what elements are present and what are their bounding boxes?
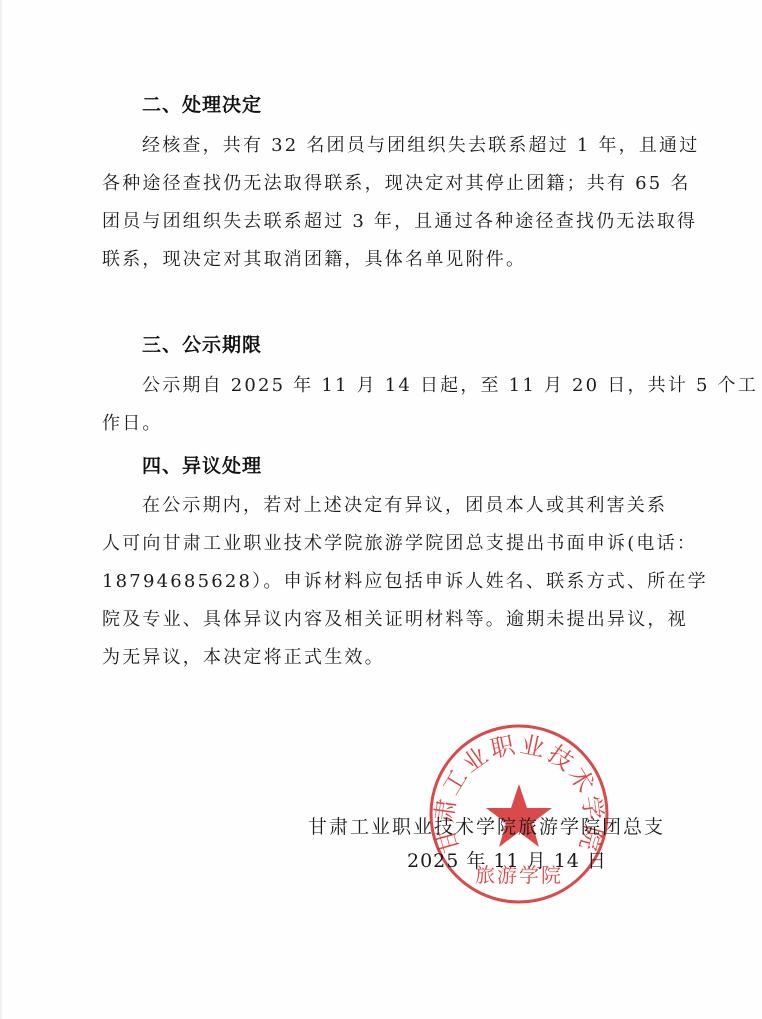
paragraph-line: 联系，现决定对其取消团籍，具体名单见附件。 bbox=[102, 241, 694, 279]
document-page: 二、处理决定 经核查，共有 32 名团员与团组织失去联系超过 1 年，且通过 各… bbox=[0, 0, 762, 1019]
paragraph-line: 在公示期内，若对上述决定有异议，团员本人或其利害关系 bbox=[102, 487, 694, 525]
paragraph-line: 公示期自 2025 年 11 月 14 日起，至 11 月 20 日，共计 5 … bbox=[102, 367, 694, 405]
section-body-objection: 在公示期内，若对上述决定有异议，团员本人或其利害关系 人可向甘肃工业职业技术学院… bbox=[102, 487, 694, 677]
issue-date: 2025 年 11 月 14 日 bbox=[407, 846, 607, 873]
section-body-period: 公示期自 2025 年 11 月 14 日起，至 11 月 20 日，共计 5 … bbox=[102, 367, 694, 443]
paragraph-line: 作日。 bbox=[102, 405, 694, 443]
paragraph-line: 18794685628）。申诉材料应包括申诉人姓名、联系方式、所在学 bbox=[102, 563, 694, 601]
paragraph-line: 院及专业、具体异议内容及相关证明材料等。逾期未提出异议，视 bbox=[102, 601, 694, 639]
section-body-decision: 经核查，共有 32 名团员与团组织失去联系超过 1 年，且通过 各种途径查找仍无… bbox=[102, 127, 694, 279]
section-heading-period: 三、公示期限 bbox=[142, 330, 262, 357]
paragraph-line: 团员与团组织失去联系超过 3 年，且通过各种途径查找仍无法取得 bbox=[102, 203, 694, 241]
paragraph-line: 为无异议，本决定将正式生效。 bbox=[102, 639, 694, 677]
paragraph-line: 各种途径查找仍无法取得联系，现决定对其停止团籍；共有 65 名 bbox=[102, 165, 694, 203]
paragraph-line: 经核查，共有 32 名团员与团组织失去联系超过 1 年，且通过 bbox=[102, 127, 694, 165]
issuer-signature: 甘肃工业职业技术学院旅游学院团总支 bbox=[308, 812, 665, 839]
section-heading-objection: 四、异议处理 bbox=[142, 451, 262, 478]
paragraph-line: 人可向甘肃工业职业技术学院旅游学院团总支提出书面申诉(电话： bbox=[102, 525, 694, 563]
section-heading-decision: 二、处理决定 bbox=[142, 90, 262, 117]
